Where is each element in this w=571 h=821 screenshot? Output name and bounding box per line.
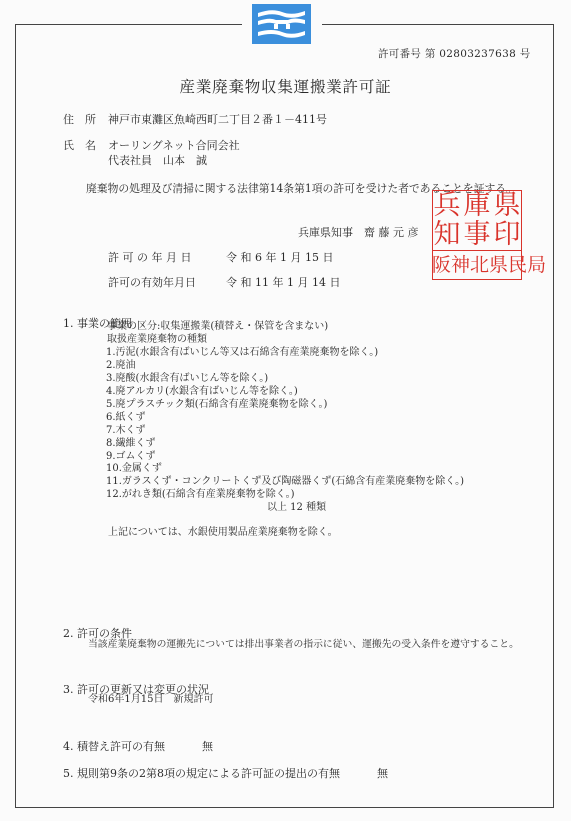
seal-char: 県 [494, 192, 521, 220]
address-value: 神戸市東灘区魚崎西町二丁目２番１－411号 [108, 111, 327, 127]
list-item: 6.紙くず [106, 412, 464, 425]
seal-char: 兵 [434, 192, 461, 220]
waste-types-list: 1.汚泥(水銀含有ばいじん等又は石綿含有産業廃棄物を除く。) 2.廃油 3.廃酸… [106, 347, 464, 502]
section-5-heading: 5. 規則第9条の2第8項の規定による許可証の提出の有無 [63, 765, 340, 781]
seal-row-3: 阪 神 北 県 民 局 [432, 255, 522, 275]
seal-row-1: 兵 庫 県 [432, 192, 522, 220]
seal-row-2: 知 事 印 [432, 221, 522, 249]
list-item: 3.廃酸(水銀含有ばいじん等を除く。) [106, 373, 464, 386]
permit-date-label: 許 可 の 年 月 日 [108, 249, 191, 265]
mercury-note: 上記については、水銀使用製品産業廃棄物を除く。 [108, 527, 338, 540]
conditions-text: 当該産業廃棄物の運搬先については排出事業者の指示に従い、運搬先の受入条件を遵守す… [88, 639, 519, 652]
seal-char: 知 [434, 221, 461, 249]
list-item: 9.ゴムくず [106, 451, 464, 464]
rule-value: 無 [377, 765, 388, 781]
list-item: 7.木くず [106, 425, 464, 438]
seal-char: 印 [494, 221, 521, 249]
seal-char: 庫 [464, 192, 491, 220]
list-item: 4.廃アルカリ(水銀含有ばいじん等を除く。) [106, 386, 464, 399]
seal-char: 局 [527, 255, 546, 275]
waste-types-heading: 取扱産業廃棄物の種類 [107, 334, 207, 347]
representative-name: 代表社員 山本 誠 [108, 152, 207, 168]
list-item: 5.廃プラスチック類(石綿含有産業廃棄物を除く。) [106, 399, 464, 412]
seal-char: 北 [470, 255, 489, 275]
list-item: 2.廃油 [106, 360, 464, 373]
official-seal: 兵 庫 県 知 事 印 阪 神 北 県 民 局 [432, 190, 522, 280]
company-name: オーリングネット合同会社 [108, 137, 240, 153]
address-label: 住 所 [63, 111, 96, 127]
valid-until-value: 令 和 11 年 1 月 14 日 [226, 274, 340, 290]
valid-until-label: 許可の有効年月日 [108, 274, 196, 290]
hyogo-prefecture-emblem-icon [252, 4, 311, 44]
seal-char: 阪 [432, 255, 451, 275]
list-item: 8.繊維くず [106, 438, 464, 451]
seal-char: 事 [464, 221, 491, 249]
emblem-graphic [252, 4, 311, 44]
permit-number: 許可番号 第 02803237638 号 [378, 46, 531, 61]
section-4-heading: 4. 積替え許可の有無 [63, 738, 165, 754]
permit-date-value: 令 和 6 年 1 月 15 日 [226, 249, 333, 265]
seal-char: 民 [508, 255, 527, 275]
seal-char: 県 [489, 255, 508, 275]
list-item: 1.汚泥(水銀含有ばいじん等又は石綿含有産業廃棄物を除く。) [106, 347, 464, 360]
list-item: 12.がれき類(石綿含有産業廃棄物を除く。) [106, 489, 464, 502]
transshipment-value: 無 [202, 738, 213, 754]
list-item: 10.金属くず [106, 463, 464, 476]
renewal-text: 令和6年1月15日 新規許可 [88, 694, 213, 707]
name-label: 氏 名 [63, 137, 96, 153]
waste-types-total: 以上 12 種類 [267, 502, 326, 515]
seal-char: 神 [451, 255, 470, 275]
page-title: 産業廃棄物収集運搬業許可証 [0, 75, 571, 97]
business-type: 事業の区分:収集運搬業(積替え・保管を含まない) [107, 321, 328, 334]
issuer-name: 兵庫県知事 齋 藤 元 彦 [298, 224, 419, 240]
list-item: 11.ガラスくず・コンクリートくず及び陶磁器くず(石綿含有産業廃棄物を除く。) [106, 476, 464, 489]
